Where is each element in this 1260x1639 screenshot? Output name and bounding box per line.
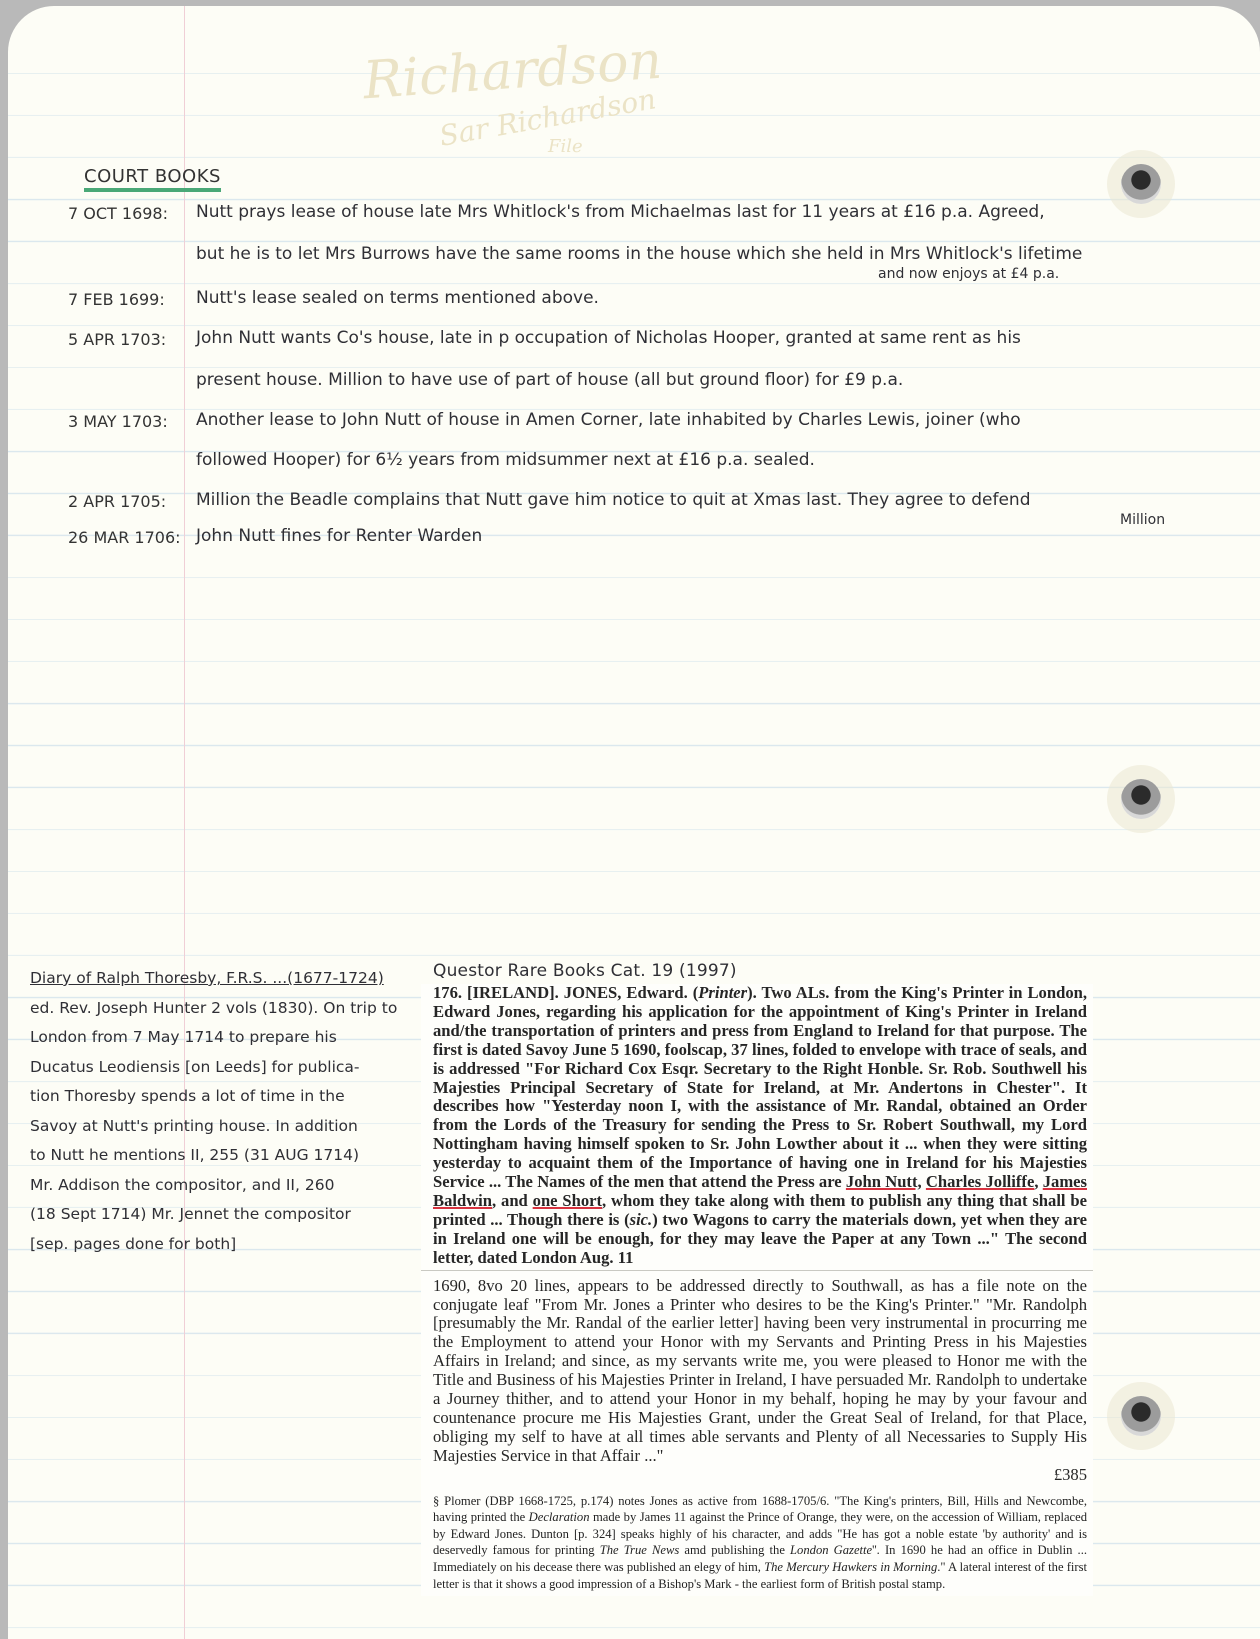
punch-hole-icon: [1121, 164, 1161, 204]
underlined-name: Charles Jolliffe: [926, 1172, 1034, 1191]
diary-line: to Nutt he mentions II, 255 (31 AUG 1714…: [30, 1141, 422, 1171]
diary-line: (18 Sept 1714) Mr. Jennet the compositor: [30, 1200, 422, 1230]
entry-date: 2 APR 1705:: [68, 492, 186, 511]
diary-line: Savoy at Nutt's printing house. In addit…: [30, 1112, 422, 1142]
entry-text: Million the Beadle complains that Nutt g…: [196, 490, 1031, 510]
diary-line: London from 7 May 1714 to prepare his: [30, 1023, 422, 1053]
diary-line: Mr. Addison the compositor, and II, 260: [30, 1171, 422, 1201]
notebook-page: Richardson Sar Richardson File COURT BOO…: [8, 6, 1260, 1639]
entry-text: John Nutt wants Co's house, late in p oc…: [196, 328, 1021, 348]
entry-text: but he is to let Mrs Burrows have the sa…: [196, 244, 1082, 264]
entry-note: and now enjoys at £4 p.a.: [878, 266, 1059, 282]
catalogue-entry-part1: 176. [IRELAND]. JONES, Edward. (Printer)…: [421, 984, 1093, 1268]
catalogue-clipping: 176. [IRELAND]. JONES, Edward. (Printer)…: [421, 984, 1093, 1596]
punch-hole-icon: [1121, 779, 1161, 819]
diary-line: ed. Rev. Joseph Hunter 2 vols (1830). On…: [30, 994, 422, 1024]
price: £385: [433, 1466, 1087, 1485]
punch-hole-icon: [1121, 1396, 1161, 1436]
entry-date: 7 OCT 1698:: [68, 204, 186, 223]
underlined-name: one Short: [533, 1191, 602, 1210]
faint-pencil-note: File: [548, 136, 583, 157]
entry-text: Another lease to John Nutt of house in A…: [196, 410, 1021, 430]
diary-line: [sep. pages done for both]: [30, 1230, 422, 1260]
entry-date: 3 MAY 1703:: [68, 412, 186, 431]
underlined-name: John Nutt,: [846, 1172, 922, 1191]
entry-text: John Nutt fines for Renter Warden: [196, 526, 482, 546]
catalogue-entry-part2: 1690, 8vo 20 lines, appears to be addres…: [421, 1270, 1093, 1485]
entry-note: Million: [1120, 512, 1165, 528]
entry-date: 26 MAR 1706:: [68, 528, 186, 547]
entry-text: present house. Million to have use of pa…: [196, 370, 903, 390]
court-books-heading: COURT BOOKS: [84, 166, 221, 192]
questor-title: Questor Rare Books Cat. 19 (1997): [433, 961, 737, 981]
entry-text: Nutt prays lease of house late Mrs Whitl…: [196, 202, 1045, 222]
entry-text: Nutt's lease sealed on terms mentioned a…: [196, 288, 599, 308]
margin-rule: [184, 6, 185, 1639]
diary-notes: Diary of Ralph Thoresby, F.R.S. ...(1677…: [30, 964, 422, 1259]
catalogue-footnote: § Plomer (DBP 1668-1725, p.174) notes Jo…: [421, 1485, 1093, 1597]
diary-line: tion Thoresby spends a lot of time in th…: [30, 1082, 422, 1112]
entry-date: 7 FEB 1699:: [68, 290, 186, 309]
diary-title: Diary of Ralph Thoresby, F.R.S. ...(1677…: [30, 964, 422, 994]
entry-date: 5 APR 1703:: [68, 330, 186, 349]
diary-line: Ducatus Leodiensis [on Leeds] for public…: [30, 1053, 422, 1083]
entry-text: followed Hooper) for 6½ years from midsu…: [196, 450, 815, 470]
